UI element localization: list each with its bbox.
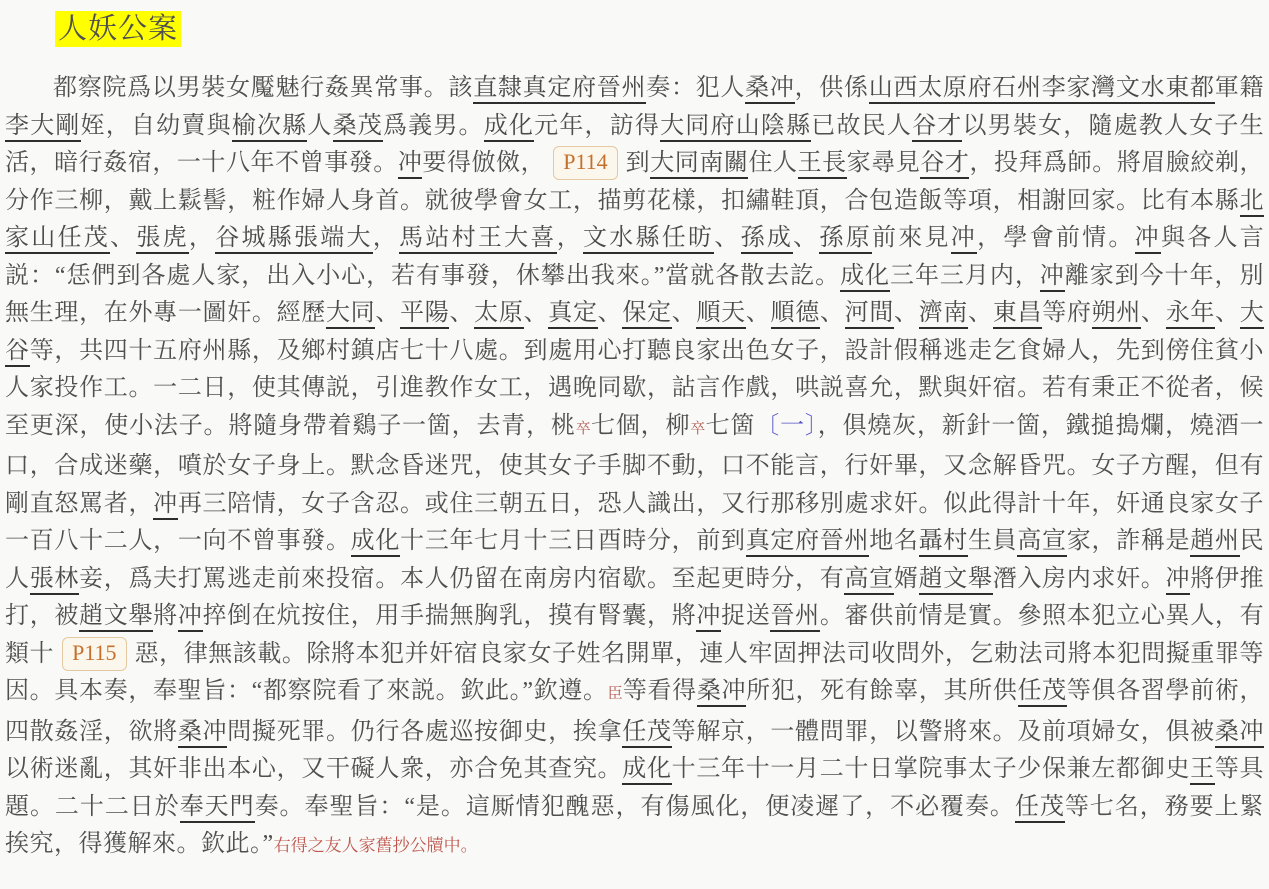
proper-noun: 桑冲 bbox=[745, 75, 794, 104]
proper-noun: 李大剛 bbox=[5, 113, 81, 142]
proper-noun: 谷才 bbox=[920, 150, 969, 179]
title-highlight: 人妖公案 bbox=[55, 11, 181, 47]
proper-noun: 聶村 bbox=[919, 528, 968, 557]
body-text: 、 bbox=[524, 300, 549, 326]
body-text: 等府 bbox=[1042, 300, 1091, 326]
case-text: 都察院爲以男裝女魘魅行姦異常事。該直隸真定府晉州奏：犯人桑冲，供係山西太原府石州… bbox=[5, 70, 1264, 865]
body-text: 地名 bbox=[869, 528, 918, 554]
proper-noun: 真定 bbox=[548, 300, 597, 329]
body-text: 、 bbox=[793, 225, 819, 251]
proper-noun: 晉州 bbox=[770, 603, 819, 632]
body-text: 所犯，死有餘辜，其所供 bbox=[746, 678, 1017, 704]
proper-noun: 冲 bbox=[1135, 225, 1161, 254]
proper-noun: 順天 bbox=[696, 300, 745, 329]
proper-noun: 成化 bbox=[484, 113, 534, 142]
proper-noun: 濟南 bbox=[919, 300, 968, 329]
document-page: 人妖公案 都察院爲以男裝女魘魅行姦異常事。該直隸真定府晉州奏：犯人桑冲，供係山西… bbox=[0, 0, 1269, 865]
proper-noun: 冲 bbox=[696, 603, 721, 632]
page-title: 人妖公案 bbox=[55, 10, 1264, 48]
proper-noun: 馬站村王大喜 bbox=[399, 225, 557, 254]
body-text: 軍籍 bbox=[1215, 75, 1264, 101]
body-text: ， bbox=[557, 225, 583, 251]
body-text: 、 bbox=[968, 300, 993, 326]
body-text: ， bbox=[373, 225, 399, 251]
body-text: 潛入房内求奸。 bbox=[993, 566, 1166, 592]
proper-noun: 桑冲 bbox=[1215, 719, 1264, 748]
proper-noun: 冲 bbox=[951, 225, 977, 254]
proper-noun: 文水縣任昉 bbox=[583, 225, 714, 254]
proper-noun: 桑茂 bbox=[333, 113, 383, 142]
body-text: 要得倣傚， bbox=[422, 150, 545, 176]
body-text: 將 bbox=[153, 603, 178, 629]
proper-noun: 山西太原府石州李家灣文水東都 bbox=[869, 75, 1215, 104]
proper-noun: 大同 bbox=[326, 300, 375, 329]
proper-noun: 河間 bbox=[845, 300, 894, 329]
body-text: 、 bbox=[672, 300, 697, 326]
proper-noun: 冲 bbox=[1040, 263, 1065, 292]
body-text: 、 bbox=[714, 225, 740, 251]
body-text: 生員 bbox=[968, 528, 1017, 554]
proper-noun: 桑冲 bbox=[697, 678, 746, 707]
body-text: 、 bbox=[746, 300, 771, 326]
body-text: ，學會前情。 bbox=[977, 225, 1135, 251]
body-text: 姪，自幼賣與 bbox=[81, 113, 232, 139]
red-correction-char: 臣 bbox=[608, 686, 623, 702]
body-text: 婿 bbox=[894, 566, 919, 592]
proper-noun: 王 bbox=[1190, 756, 1215, 785]
red-correction-char: 卒 bbox=[576, 421, 591, 437]
proper-noun: 保定 bbox=[622, 300, 671, 329]
body-text: 、 bbox=[820, 300, 845, 326]
source-note: 右得之友人家舊抄公牘中。 bbox=[274, 836, 478, 855]
body-text: 都察院爲以男裝女魘魅行姦異常事。該 bbox=[53, 75, 473, 101]
proper-noun: 任茂 bbox=[1018, 678, 1067, 707]
proper-noun: 直隸真定府晉州 bbox=[473, 75, 646, 104]
body-text: 七箇 bbox=[706, 413, 756, 439]
body-text: 家尋見 bbox=[847, 150, 921, 176]
body-text: 十三年十一月二十日掌院事太子少保兼左都御史 bbox=[672, 756, 1191, 782]
proper-noun: 真定府晉州 bbox=[746, 528, 869, 557]
body-text: 、 bbox=[449, 300, 474, 326]
proper-noun: 谷才 bbox=[912, 113, 962, 142]
body-text: 、 bbox=[894, 300, 919, 326]
body-text: 捽倒在炕按住，用手揣無胸乳，摸有腎囊，將 bbox=[203, 603, 697, 629]
body-text: 奏。奉聖旨：“是。這厮情犯醜惡，有傷風化，便凌遲了，不必覆奏。 bbox=[255, 794, 1015, 820]
page-marker-p115[interactable]: P115 bbox=[62, 637, 126, 671]
proper-noun: 張林 bbox=[30, 566, 79, 595]
body-text: 問擬死罪。仍行各處巡按御史，挨拿 bbox=[227, 719, 622, 745]
proper-noun: 任茂 bbox=[622, 719, 671, 748]
body-text: 、 bbox=[375, 300, 400, 326]
body-text: 奏：犯人 bbox=[646, 75, 745, 101]
body-text: ，供係 bbox=[795, 75, 869, 101]
proper-noun: 成化 bbox=[840, 263, 890, 292]
body-text: 人 bbox=[307, 113, 332, 139]
body-text: 、 bbox=[1215, 300, 1240, 326]
body-text: 家，詐稱是 bbox=[1067, 528, 1190, 554]
proper-noun: 大同府山陰縣 bbox=[660, 113, 811, 142]
proper-noun: 成化 bbox=[351, 528, 400, 557]
proper-noun: 孫成 bbox=[741, 225, 794, 254]
body-text: ， bbox=[189, 225, 215, 251]
proper-noun: 高宣 bbox=[1017, 528, 1066, 557]
proper-noun: 谷城縣張端大 bbox=[215, 225, 373, 254]
proper-noun: 永年 bbox=[1166, 300, 1215, 329]
collation-note-link[interactable]: 〔一〕 bbox=[755, 413, 817, 439]
proper-noun: 趙州 bbox=[1190, 528, 1239, 557]
proper-noun: 太原 bbox=[474, 300, 523, 329]
body-text: 以術迷亂，其奸非出本心，又干礙人衆，亦合免其查究。 bbox=[5, 756, 622, 782]
proper-noun: 冲 bbox=[398, 150, 423, 179]
body-text: 七個，柳 bbox=[591, 413, 690, 439]
body-text: 前來見 bbox=[872, 225, 951, 251]
body-text: 三年三月内， bbox=[890, 263, 1040, 289]
body-text: 住人 bbox=[748, 150, 797, 176]
proper-noun: 成化 bbox=[622, 756, 671, 785]
body-text: 捉送 bbox=[721, 603, 770, 629]
body-text: 已故民人 bbox=[811, 113, 912, 139]
body-text: 十三年七月十三日酉時分，前到 bbox=[400, 528, 746, 554]
proper-noun: 冲 bbox=[178, 603, 203, 632]
body-text: 等看得 bbox=[623, 678, 697, 704]
proper-noun: 奉天門 bbox=[180, 794, 255, 823]
proper-noun: 趙文舉 bbox=[79, 603, 153, 632]
proper-noun: 張虎 bbox=[136, 225, 189, 254]
red-correction-char: 卒 bbox=[690, 421, 705, 437]
proper-noun: 高宣 bbox=[844, 566, 893, 595]
proper-noun: 朔州 bbox=[1092, 300, 1141, 329]
body-text: 、 bbox=[598, 300, 623, 326]
proper-noun: 任茂 bbox=[1015, 794, 1065, 823]
proper-noun: 孫原 bbox=[819, 225, 872, 254]
body-text: 等解京，一體問罪，以警將來。及前項婦女，俱被 bbox=[672, 719, 1215, 745]
body-text: 到 bbox=[626, 150, 651, 176]
proper-noun: 東昌 bbox=[993, 300, 1042, 329]
proper-noun: 順德 bbox=[771, 300, 820, 329]
body-text: 妾，爲夫打罵逃走前來投宿。本人仍留在南房内宿歇。至起更時分，有 bbox=[79, 566, 844, 592]
proper-noun: 大同南關 bbox=[650, 150, 748, 179]
proper-noun: 王長 bbox=[798, 150, 847, 179]
page-marker-p114[interactable]: P114 bbox=[553, 146, 617, 180]
proper-noun: 冲 bbox=[153, 491, 178, 520]
proper-noun: 桑冲 bbox=[178, 719, 227, 748]
body-text: 、 bbox=[110, 225, 136, 251]
proper-noun: 榆次縣 bbox=[232, 113, 308, 142]
proper-noun: 冲 bbox=[1166, 566, 1191, 595]
body-text: 、 bbox=[1141, 300, 1166, 326]
body-text: 元年，訪得 bbox=[534, 113, 660, 139]
body-text: 爲義男。 bbox=[383, 113, 484, 139]
proper-noun: 趙文舉 bbox=[919, 566, 993, 595]
proper-noun: 平陽 bbox=[400, 300, 449, 329]
